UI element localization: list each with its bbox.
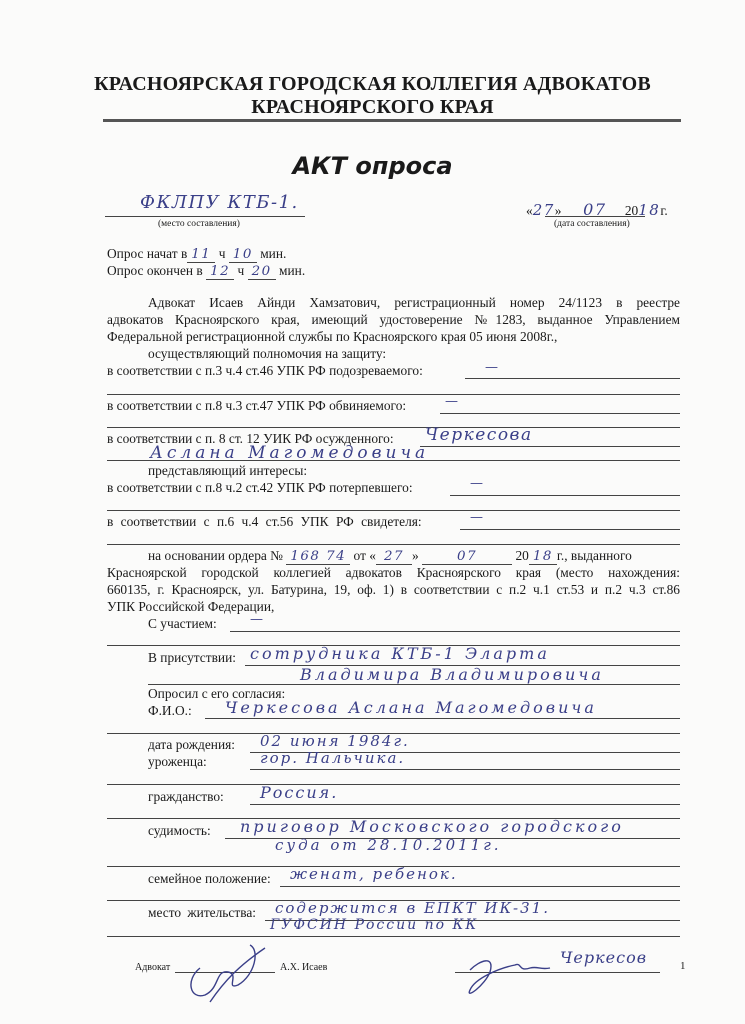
conviction-label: судимость: [148, 823, 211, 839]
order-line3: 660135, г. Красноярск, ул. Батурина, 19,… [107, 582, 680, 598]
accused-value: — [445, 394, 460, 409]
lawyer-label: Адвокат [135, 962, 170, 973]
fio-value: Черкесова Аслана Магомедовича [225, 698, 597, 717]
start-time: Опрос начат в11 ч 10 мин. [107, 246, 286, 262]
conviction-value2: суда от 28.10.2011г. [275, 836, 502, 854]
victim-label: в соответствии с п.8 ч.2 ст.42 УПК РФ по… [107, 480, 413, 496]
fio-label: Ф.И.О.: [148, 703, 192, 719]
lawyer-name: А.Х. Исаев [280, 962, 327, 973]
represent-label: представляющий интересы: [148, 463, 307, 479]
birth-date-value: 02 июня 1984г. [260, 732, 410, 750]
birth-place-label: уроженца: [148, 754, 207, 770]
suspect-value: — [485, 360, 500, 375]
participation-value: — [250, 612, 265, 627]
witness-label: в соответствии с п.6 ч.4 ст.56 УПК РФ св… [107, 514, 422, 530]
place-caption: (место составления) [158, 219, 240, 229]
page-number: 1 [680, 960, 686, 972]
org-name-line2: КРАСНОЯРСКОГО КРАЯ [0, 96, 745, 119]
family-value: женат, ребенок. [290, 865, 458, 883]
convicted-value: Черкесова [425, 425, 533, 445]
lawyer-signature [180, 940, 270, 1005]
accused-label: в соответствии с п.8 ч.3 ст.47 УПК РФ об… [107, 398, 406, 414]
order-number: 168 74 [286, 549, 350, 565]
order-line1: на основании ордера № 168 74 от «27» 07 … [148, 548, 632, 565]
intro-line3: Федеральной регистрационной службы по Кр… [107, 329, 557, 345]
conviction-value: приговор Московского городского [240, 817, 624, 836]
order-line2: Красноярской городской коллегией адвокат… [107, 565, 680, 581]
residence-label: место жительства: [148, 905, 256, 921]
presence-value2: Владимира Владимировича [300, 665, 604, 684]
date-caption: (дата составления) [554, 219, 630, 229]
header-rule [103, 119, 681, 122]
witness-value: — [470, 510, 485, 525]
family-label: семейное положение: [148, 871, 271, 887]
victim-value: — [470, 476, 485, 491]
place-value: ФКЛПУ КТБ-1. [140, 192, 299, 213]
interviewee-name: Черкесов [560, 948, 647, 967]
interviewee-signature [460, 940, 560, 1005]
citizenship-value: Россия. [260, 783, 338, 802]
citizenship-label: гражданство: [148, 789, 224, 805]
intro-line1: Адвокат Исаев Айнди Хамзатович, регистра… [148, 295, 680, 311]
birth-place-value: гор. Нальчика. [260, 749, 405, 767]
end-time: Опрос окончен в 12 ч 20 мин. [107, 263, 305, 279]
residence-value: содержится в ЕПКТ ИК-31. [275, 899, 550, 917]
birth-date-label: дата рождения: [148, 737, 235, 753]
document-title: АКТ опроса [0, 152, 745, 180]
suspect-label: в соответствии с п.3 ч.4 ст.46 УПК РФ по… [107, 363, 423, 379]
presence-label: В присутствии: [148, 650, 236, 666]
residence-value2: ГУФСИН России по КК [270, 917, 478, 933]
org-name-line1: КРАСНОЯРСКАЯ ГОРОДСКАЯ КОЛЛЕГИЯ АДВОКАТО… [0, 73, 745, 96]
participation-label: С участием: [148, 616, 217, 632]
intro-line2: адвокатов Красноярского края, имеющий уд… [107, 312, 680, 328]
intro-line4: осуществляющий полномочия на защиту: [148, 346, 386, 362]
presence-value: сотрудника КТБ-1 Эларта [250, 644, 550, 663]
